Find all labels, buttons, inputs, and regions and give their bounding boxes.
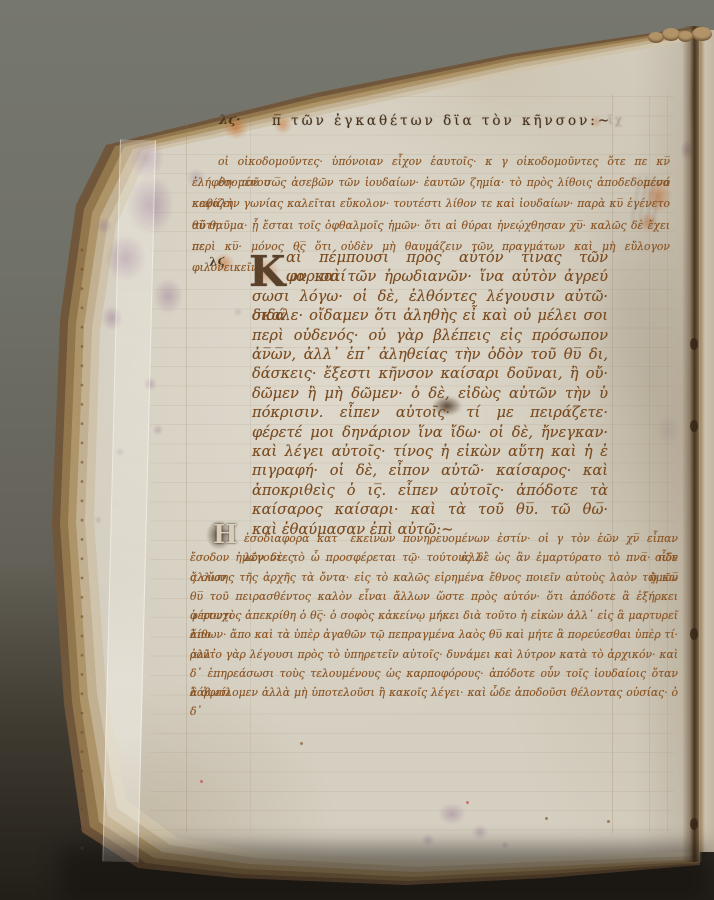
gospel-line: δῶμεν ἢ μὴ δῶμεν· ὁ δὲ, εἰδὼς αὐτῶν τὴν … <box>252 384 608 403</box>
commentary-line: ἃ ὀφείλομεν ἀλλὰ μὴ ὑποτελοῦσι ἢ κακοῖς … <box>190 683 678 722</box>
commentary-initial: Η <box>213 522 238 548</box>
gospel-line: καὶ λέγει αὐτοῖς· τίνος ἡ εἰκὼν αὕτη καὶ… <box>252 442 608 461</box>
speck <box>545 817 548 820</box>
speck <box>300 742 303 745</box>
sewing-knot <box>690 628 698 640</box>
gospel-line: ων καὶ τῶν ἡρωδιανῶν· ἵνα αὐτὸν ἀγρεύ <box>286 267 608 286</box>
commentary-line: ροῦτο γὰρ λέγουσι πρὸς τὸ ὑπηρετεῖν αὐτο… <box>190 645 678 664</box>
gospel-line: πιγραφή· οἱ δὲ, εἶπον αὐτῶ· καίσαρος· κα… <box>252 461 608 480</box>
gospel-line: πόκρισιν. εἶπεν αὐτοῖς· τί με πειράζετε· <box>252 403 608 422</box>
gospel-line: ἀποκριθεὶς ὁ ις̅. εἶπεν αὐτοῖς· ἀπόδοτε … <box>252 481 608 500</box>
header-kephalaion-number: λϛ· <box>219 114 241 127</box>
headband <box>646 24 714 44</box>
page-bottom-shadow <box>60 846 710 900</box>
sewing-knot <box>690 420 698 432</box>
red-dot <box>466 801 469 804</box>
gospel-line: σκαλε· οἴδαμεν ὅτι ἀληθὴς εἶ καὶ οὐ μέλε… <box>252 306 608 325</box>
pricking-holes <box>79 246 86 850</box>
headband-bead <box>678 31 693 42</box>
sewing-knot <box>690 338 698 350</box>
gospel-line: δάσκεις· ἔξεστι κῆνσον καίσαρι δοῦναι, ἢ… <box>252 364 608 383</box>
gospel-margin-number: λϛ <box>208 254 225 268</box>
ruling-vertical-left <box>186 95 187 833</box>
red-dot <box>200 780 203 783</box>
speck <box>607 820 610 823</box>
headband-bead <box>692 27 712 41</box>
sewing-knot <box>690 818 698 830</box>
gospel-line: φέρετέ μοι δηνάριον ἵνα ἴδω· οἱ δὲ, ἤνεγ… <box>252 423 608 442</box>
gospel-line: περὶ οὐδενός· οὐ γὰρ βλέπεις εἰς πρόσωπο… <box>252 326 608 345</box>
faded-margin-mark: ϊχ <box>608 114 624 126</box>
manuscript-photo: λϛ· π̅ τῶν ἐγκαθέτων δϊα τὸν κῆνσον:~ ϊχ… <box>0 0 714 900</box>
chapter-title: π̅ τῶν ἐγκαθέτων δϊα τὸν κῆνσον:~ <box>272 111 612 133</box>
gospel-line: ἀν̅ω̅ν, ἀλλ᾽ ἐπ᾽ ἀληθείας τὴν ὁδὸν τοῦ θ… <box>252 345 608 364</box>
gospel-line: καίσαρος καίσαρι· καὶ τὰ τοῦ θυ̅. τῶ θω̅… <box>252 500 608 519</box>
commentary-line: ϛ οὔσης τῆς ἀρχῆς τὰ ὄντα· εἰς τὸ καλῶς … <box>190 568 678 587</box>
facing-page-sliver <box>699 30 714 852</box>
